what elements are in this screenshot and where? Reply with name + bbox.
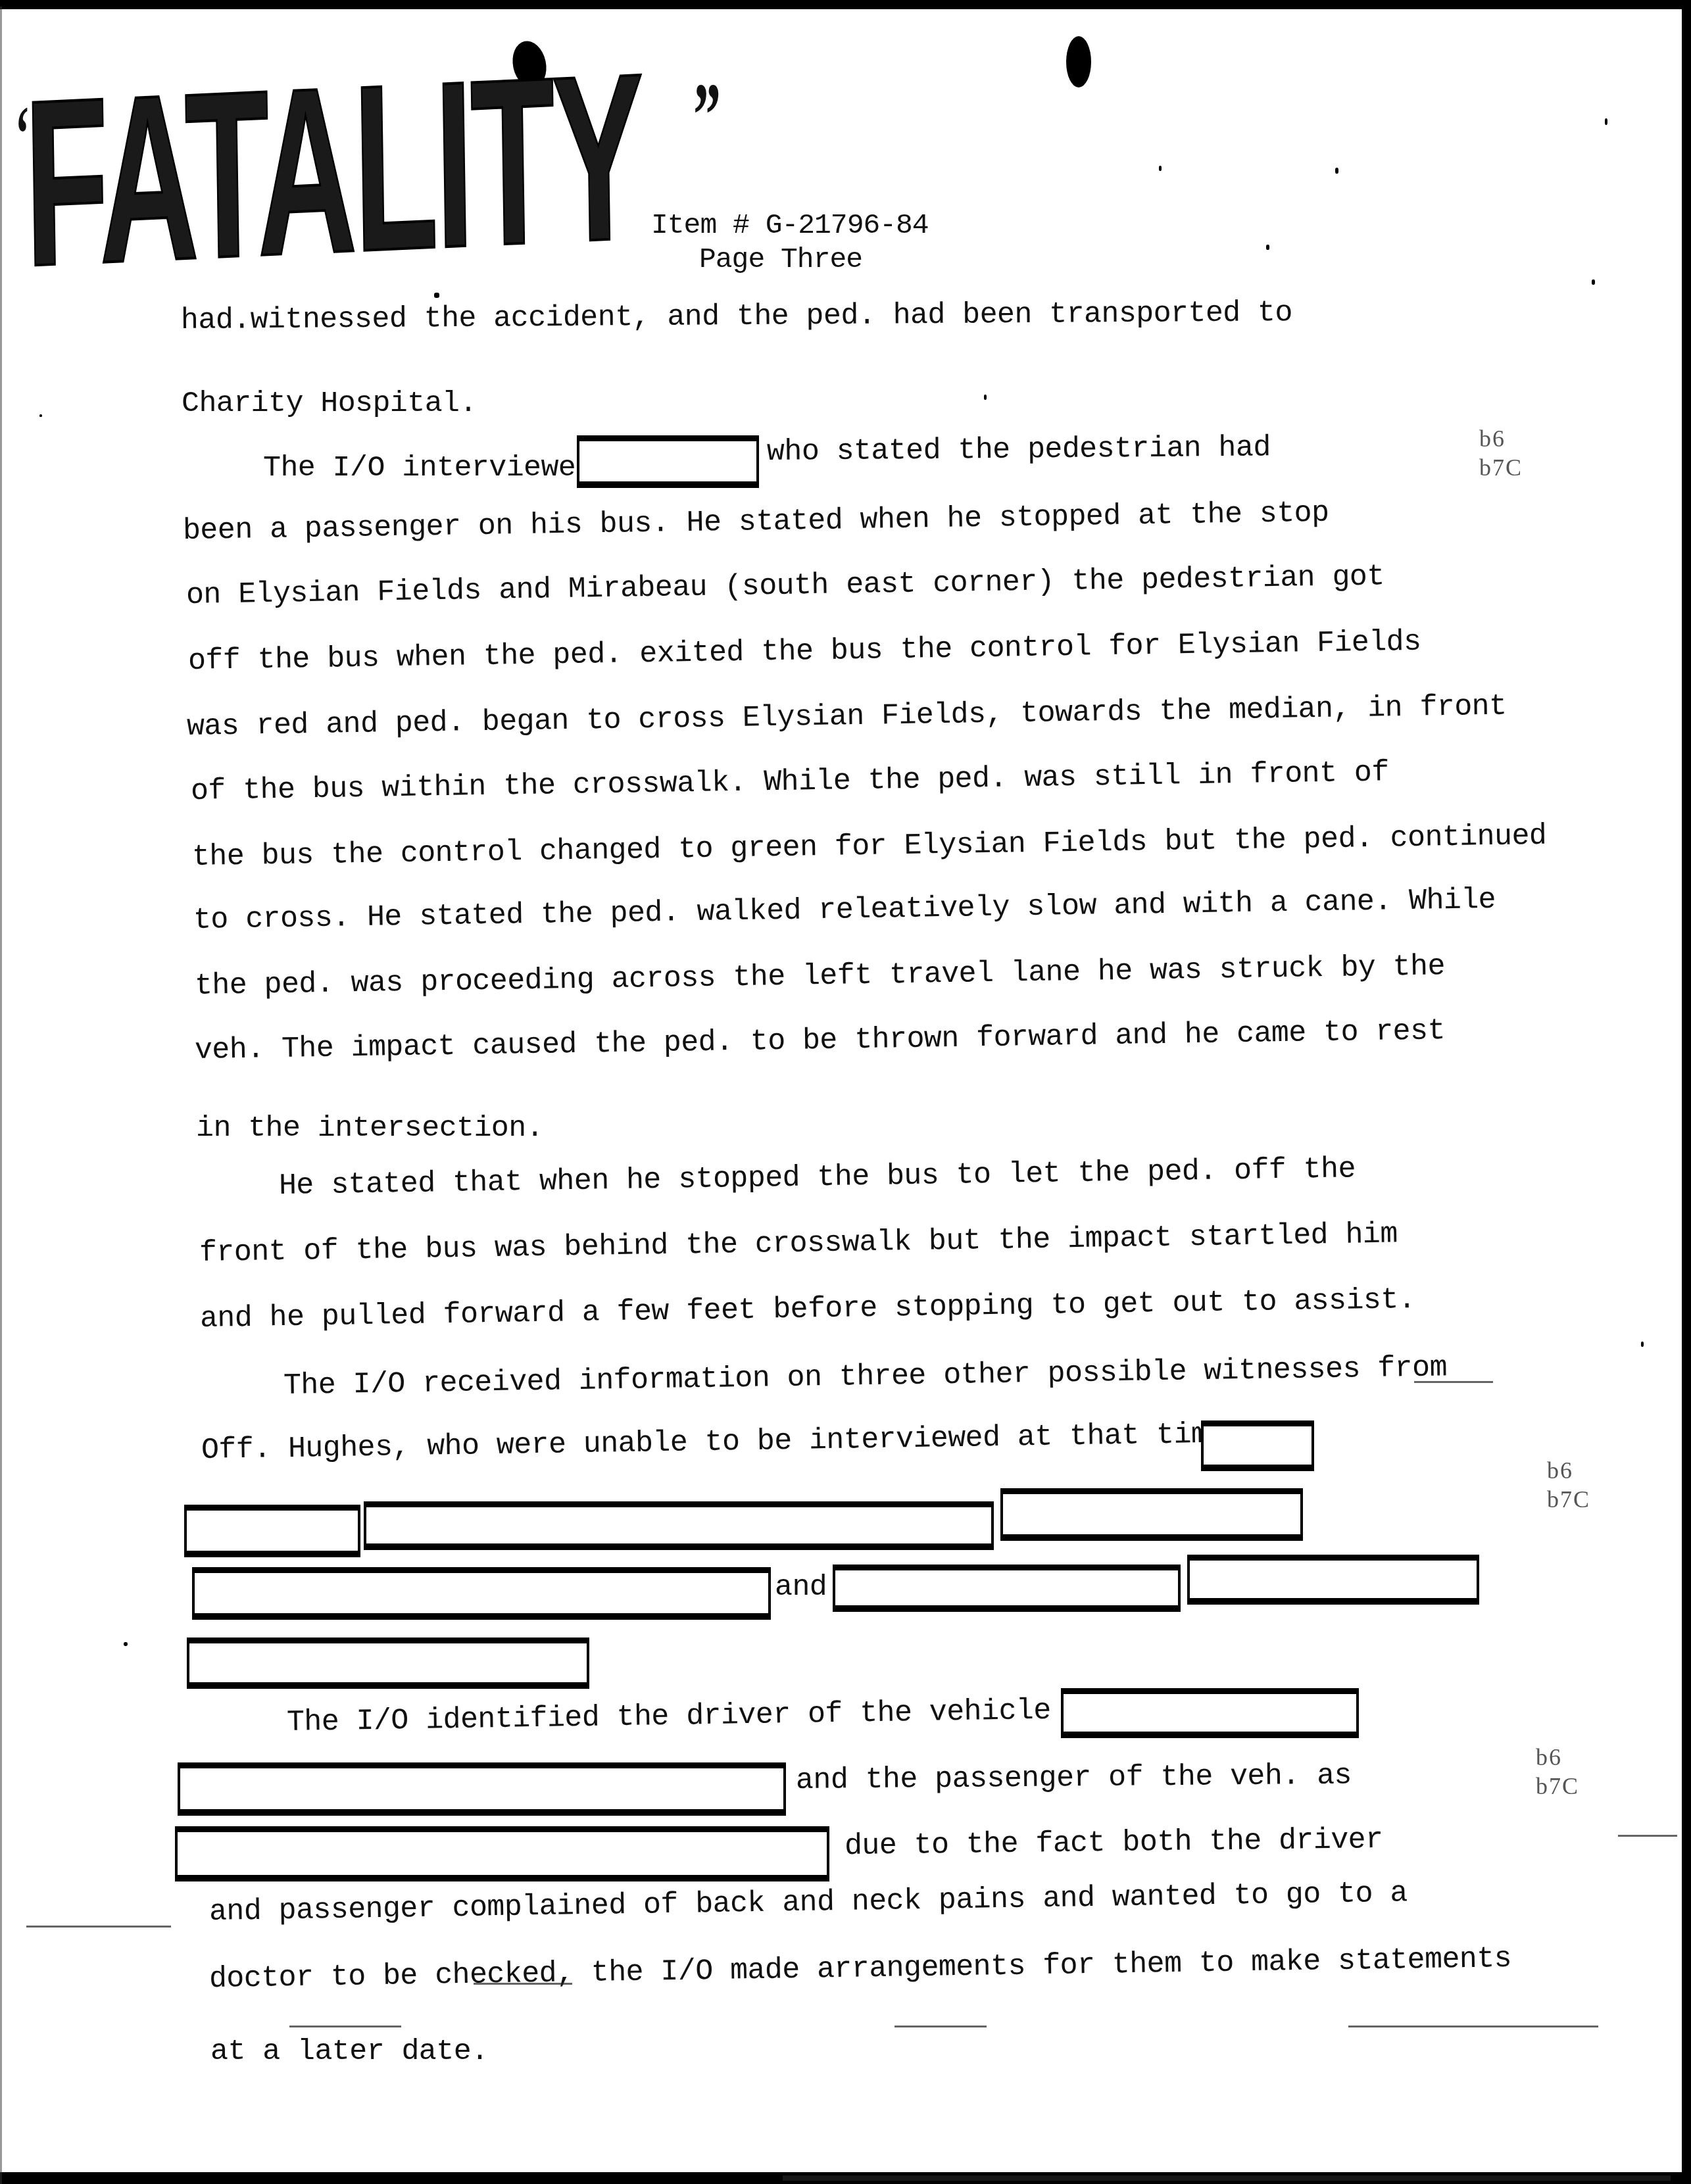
redaction-box <box>1061 1688 1359 1738</box>
redaction-box <box>192 1567 771 1620</box>
document-page: ‘ FATALITY ” Item # G-21796-84 Page Thre… <box>0 0 1691 2184</box>
scan-speck <box>1159 166 1162 171</box>
scan-edge-right <box>1682 7 1691 2184</box>
scan-speck <box>1641 1342 1644 1347</box>
scan-noise <box>1348 2026 1598 2027</box>
text-line: in the intersection. <box>196 1111 543 1145</box>
exemption-code: b6 <box>1547 1456 1590 1485</box>
redaction-box <box>187 1638 589 1689</box>
exemption-code: b6 <box>1479 424 1523 453</box>
text-line: veh. The impact caused the ped. to be th… <box>195 1014 1446 1067</box>
scan-noise <box>1414 1381 1493 1383</box>
hole-punch-right <box>1066 36 1091 87</box>
text-line: He stated that when he stopped the bus t… <box>279 1152 1356 1203</box>
text-line: The I/O identified the driver of the veh… <box>287 1693 1104 1739</box>
text-line: and he pulled forward a few feet before … <box>200 1283 1416 1336</box>
scan-edge-top <box>0 0 1691 9</box>
text-line: doctor to be checked, the I/O made arran… <box>209 1942 1512 1996</box>
scan-speck <box>1592 279 1595 285</box>
text-line: had.witnessed the accident, and the ped.… <box>181 296 1292 337</box>
item-number: Item # G-21796-84 <box>651 209 929 241</box>
text-line: The I/O interviewed <box>263 451 593 485</box>
scan-speck <box>1266 245 1269 250</box>
redaction-box <box>1187 1555 1479 1605</box>
text-line: the ped. was proceeding across the left … <box>195 950 1446 1003</box>
stamp-text: FATALITY <box>23 38 644 303</box>
exemption-label: b6 b7C <box>1479 424 1523 482</box>
stamp-close-quote: ” <box>693 62 721 168</box>
scan-speck <box>1335 168 1338 174</box>
text-line: and the passenger of the veh. as <box>796 1759 1352 1797</box>
exemption-code: b7C <box>1536 1772 1579 1801</box>
text-line: Off. Hughes, who were unable to be inter… <box>201 1417 1244 1467</box>
text-line: the bus the control changed to green for… <box>192 819 1547 874</box>
redaction-box <box>577 435 759 488</box>
scan-noise <box>783 2175 1671 2181</box>
scan-noise <box>1618 1835 1677 1837</box>
scan-noise <box>26 1926 171 1928</box>
text-line: Charity Hospital. <box>182 387 477 420</box>
text-line: and passenger complained of back and nec… <box>209 1876 1408 1929</box>
scan-edge-left <box>0 7 2 2184</box>
text-line: of the bus within the crosswalk. While t… <box>191 756 1389 808</box>
scan-noise <box>289 2026 401 2027</box>
exemption-code: b6 <box>1536 1743 1579 1772</box>
text-line: was red and ped. began to cross Elysian … <box>187 689 1507 744</box>
scan-speck <box>434 293 439 298</box>
redaction-box <box>175 1826 829 1881</box>
text-line: to cross. He stated the ped. walked rele… <box>193 883 1496 937</box>
scan-speck <box>984 395 987 400</box>
text-line: on Elysian Fields and Mirabeau (south ea… <box>186 560 1385 612</box>
text-line: front of the bus was behind the crosswal… <box>199 1217 1398 1270</box>
text-line: off the bus when the ped. exited the bus… <box>188 625 1421 678</box>
exemption-code: b7C <box>1547 1485 1590 1514</box>
exemption-label: b6 b7C <box>1547 1456 1590 1514</box>
text-line: The I/O received information on three ot… <box>283 1351 1448 1403</box>
exemption-code: b7C <box>1479 453 1523 482</box>
scan-noise <box>895 2026 987 2027</box>
text-line: been a passenger on his bus. He stated w… <box>183 497 1329 548</box>
scan-noise <box>474 1983 572 1985</box>
redaction-box <box>178 1762 786 1816</box>
redaction-box <box>1000 1488 1303 1541</box>
redaction-box <box>364 1501 994 1550</box>
redaction-box <box>1201 1420 1314 1471</box>
text-line: who stated the pedestrian had <box>767 431 1271 469</box>
exemption-label: b6 b7C <box>1536 1743 1579 1801</box>
scan-speck <box>124 1642 128 1646</box>
scan-speck <box>39 414 42 417</box>
scan-speck <box>1605 118 1607 125</box>
redaction-box <box>833 1565 1181 1612</box>
text-line: at a later date. <box>210 2035 488 2068</box>
page-label: Page Three <box>699 243 862 276</box>
text-line: and <box>775 1570 827 1604</box>
redaction-box <box>184 1505 360 1557</box>
text-line: due to the fact both the driver <box>845 1823 1383 1863</box>
